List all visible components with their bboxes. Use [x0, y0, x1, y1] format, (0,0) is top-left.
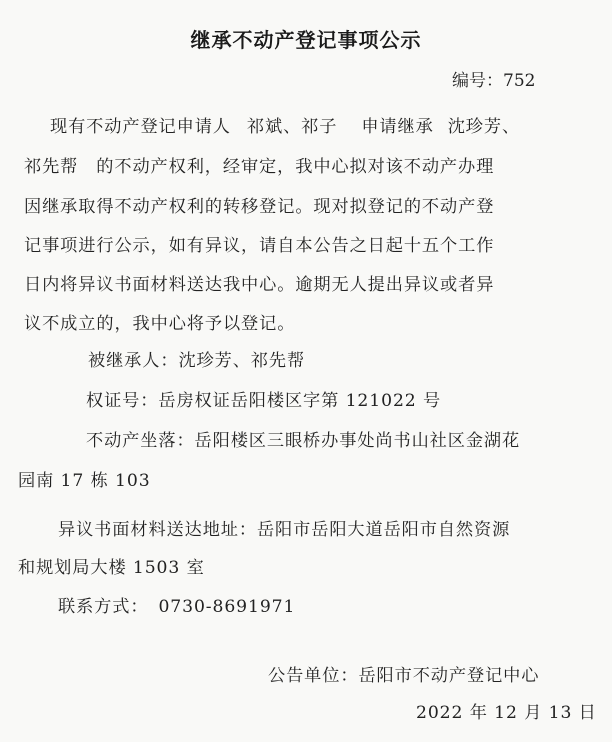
decedents: 祁先帮 [24, 157, 78, 177]
certificate-field: 权证号：岳房权证岳阳楼区字第 121022 号 [86, 386, 441, 411]
issuer-field: 公告单位：岳阳市不动产登记中心 [268, 661, 539, 686]
certificate-value: 岳房权证岳阳楼区字第 121022 号 [158, 391, 441, 411]
certificate-label: 权证号： [86, 391, 158, 411]
issuer-value: 岳阳市不动产登记中心 [358, 666, 539, 686]
decedent-field: 被继承人：沈珍芳、祁先帮 [88, 346, 305, 371]
objection-address-continued: 和规划局大楼 1503 室 [18, 553, 205, 578]
body-line-3: 因继承取得不动产权利的转移登记。现对拟登记的不动产登 [24, 192, 494, 217]
document-title: 继承不动产登记事项公示 [0, 24, 612, 53]
body-line-1: 现有不动产登记申请人祁斌、祁子申请继承沈珍芳、 [50, 112, 520, 137]
contact-field: 联系方式：0730-8691971 [58, 592, 295, 617]
body-line-2: 祁先帮的不动产权利，经审定，我中心拟对该不动产办理 [24, 152, 494, 177]
objection-address-label: 异议书面材料送达地址： [58, 520, 257, 540]
location-label: 不动产坐落： [86, 431, 195, 451]
objection-address-field: 异议书面材料送达地址：岳阳市岳阳大道岳阳市自然资源 [58, 515, 510, 540]
notice-date: 2022 年 12 月 13 日 [416, 698, 597, 723]
serial-label: 编号： [452, 71, 503, 91]
location-field: 不动产坐落：岳阳楼区三眼桥办事处尚书山社区金湖花 [86, 426, 520, 451]
contact-label: 联系方式： [58, 597, 148, 617]
serial-number: 编号：752 [452, 66, 535, 91]
applicants: 祁斌、祁子 [247, 117, 337, 137]
body-text: 的不动产权利，经审定，我中心拟对该不动产办理 [96, 157, 494, 177]
issuer-label: 公告单位： [268, 666, 358, 686]
contact-value: 0730-8691971 [158, 597, 295, 617]
body-line-6: 议不成立的，我中心将予以登记。 [24, 309, 295, 334]
objection-address-value: 岳阳市岳阳大道岳阳市自然资源 [257, 520, 510, 540]
decedent-label: 被继承人： [88, 351, 178, 371]
body-text: 申请继承 [361, 117, 433, 137]
decedents: 沈珍芳、 [448, 117, 520, 137]
location-value: 岳阳楼区三眼桥办事处尚书山社区金湖花 [195, 431, 521, 451]
decedent-value: 沈珍芳、祁先帮 [178, 351, 305, 371]
serial-value: 752 [503, 71, 535, 91]
location-value-continued: 园南 17 栋 103 [18, 466, 151, 491]
body-line-5: 日内将异议书面材料送达我中心。逾期无人提出异议或者异 [24, 270, 494, 295]
body-line-4: 记事项进行公示，如有异议，请自本公告之日起十五个工作 [24, 231, 494, 256]
body-text: 现有不动产登记申请人 [50, 117, 231, 137]
